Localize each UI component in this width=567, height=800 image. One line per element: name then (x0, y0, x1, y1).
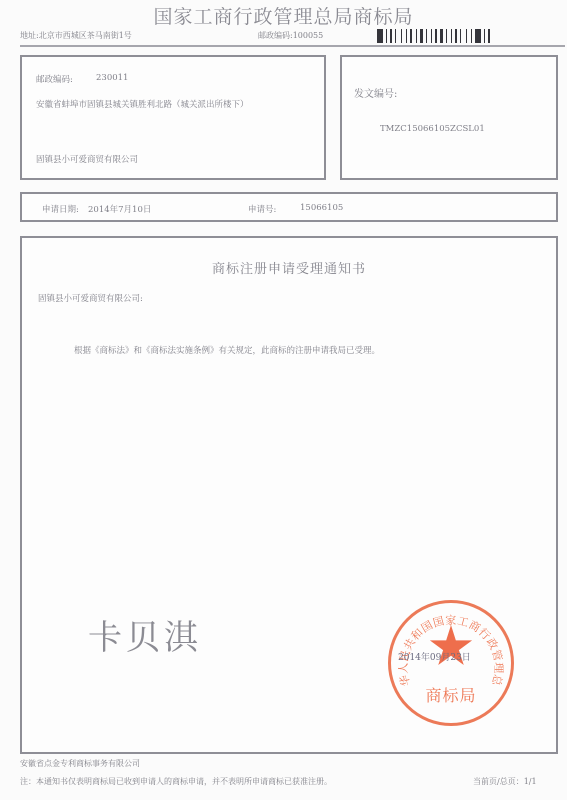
barcode-icon (377, 29, 557, 43)
document-number-value: TMZC15066105ZCSL01 (380, 124, 485, 134)
recipient-postal-value: 230011 (96, 73, 128, 83)
document-number-box: 发文编号: TMZC15066105ZCSL01 (340, 55, 558, 180)
application-date-label: 申请日期: (42, 203, 79, 215)
recipient-box: 邮政编码: 230011 安徽省蚌埠市固镇县城关镇胜利北路（城关派出所楼下） 固… (20, 55, 326, 180)
notice-addressee: 固镇县小可爱商贸有限公司: (38, 292, 143, 304)
application-info-box: 申请日期: 2014年7月10日 申请号: 15066105 (20, 192, 558, 222)
header-divider (20, 45, 565, 47)
application-number-value: 15066105 (300, 203, 343, 213)
issuer-title: 国家工商行政管理总局商标局 (0, 2, 567, 29)
issuer-postal-code: 邮政编码:100055 (258, 30, 323, 41)
recipient-postal-label: 邮政编码: (36, 73, 73, 85)
seal-center-text: 商标局 (391, 683, 511, 706)
stamp-date: 2014年09月23日 (398, 650, 471, 663)
application-number-label: 申请号: (248, 203, 276, 215)
application-date-value: 2014年7月10日 (88, 203, 151, 215)
notice-title: 商标注册申请受理通知书 (22, 258, 556, 277)
footer-note: 注：本通知书仅表明商标局已收到申请人的商标申请，并不表明所申请商标已获准注册。 (20, 776, 332, 787)
page-indicator: 当前页/总页：1/1 (473, 776, 537, 787)
notice-body: 根据《商标法》和《商标法实施条例》有关规定，此商标的注册申请我局已受理。 (74, 344, 380, 356)
trademark-name: 卡贝淇 (88, 610, 202, 659)
recipient-company: 固镇县小可爱商贸有限公司 (36, 153, 138, 165)
document-number-label: 发文编号: (354, 85, 397, 100)
recipient-address: 安徽省蚌埠市固镇县城关镇胜利北路（城关派出所楼下） (36, 99, 316, 111)
agent-name: 安徽省点金专利商标事务有限公司 (20, 758, 140, 769)
issuer-address: 地址:北京市西城区茶马南街1号 (20, 30, 132, 41)
official-seal: 中华人民共和国国家工商行政管理总局 商标局 (388, 600, 514, 726)
